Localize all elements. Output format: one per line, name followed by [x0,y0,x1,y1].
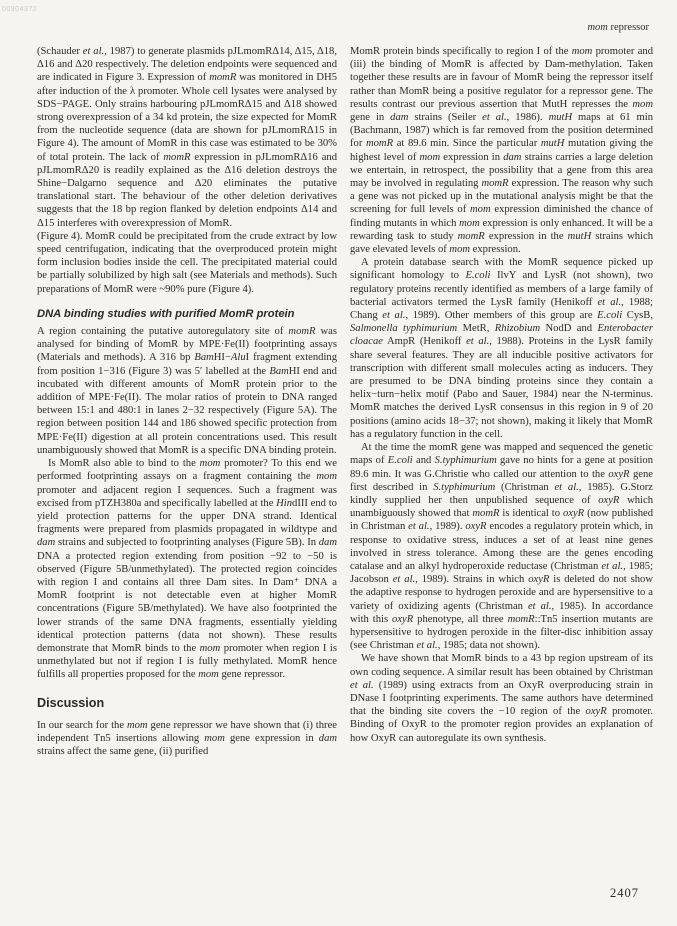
paragraph: Is MomR also able to bind to the mom pro… [37,457,337,681]
paragraph: A region containing the putative autoreg… [37,325,337,457]
text-columns: (Schauder et al., 1987) to generate plas… [37,45,653,758]
page-number: 2407 [610,886,639,901]
paragraph: A protein database search with the MomR … [350,256,653,441]
paragraph: (Figure 4). MomR could be precipitated f… [37,230,337,296]
paragraph: At the time the momR gene was mapped and… [350,441,653,652]
paragraph: (Schauder et al., 1987) to generate plas… [37,45,337,230]
section-heading-dna-binding: DNA binding studies with purified MomR p… [37,308,337,321]
right-column: MomR protein binds specifically to regio… [350,45,653,758]
section-heading-discussion: Discussion [37,697,337,710]
paragraph: We have shown that MomR binds to a 43 bp… [350,652,653,744]
paragraph: In our search for the mom gene repressor… [37,719,337,759]
running-head: mom repressor [587,22,649,33]
left-column: (Schauder et al., 1987) to generate plas… [37,45,337,758]
journal-page: 00904372 mom repressor (Schauder et al.,… [0,0,677,926]
scan-number: 00904372 [2,6,37,13]
paragraph: MomR protein binds specifically to regio… [350,45,653,256]
